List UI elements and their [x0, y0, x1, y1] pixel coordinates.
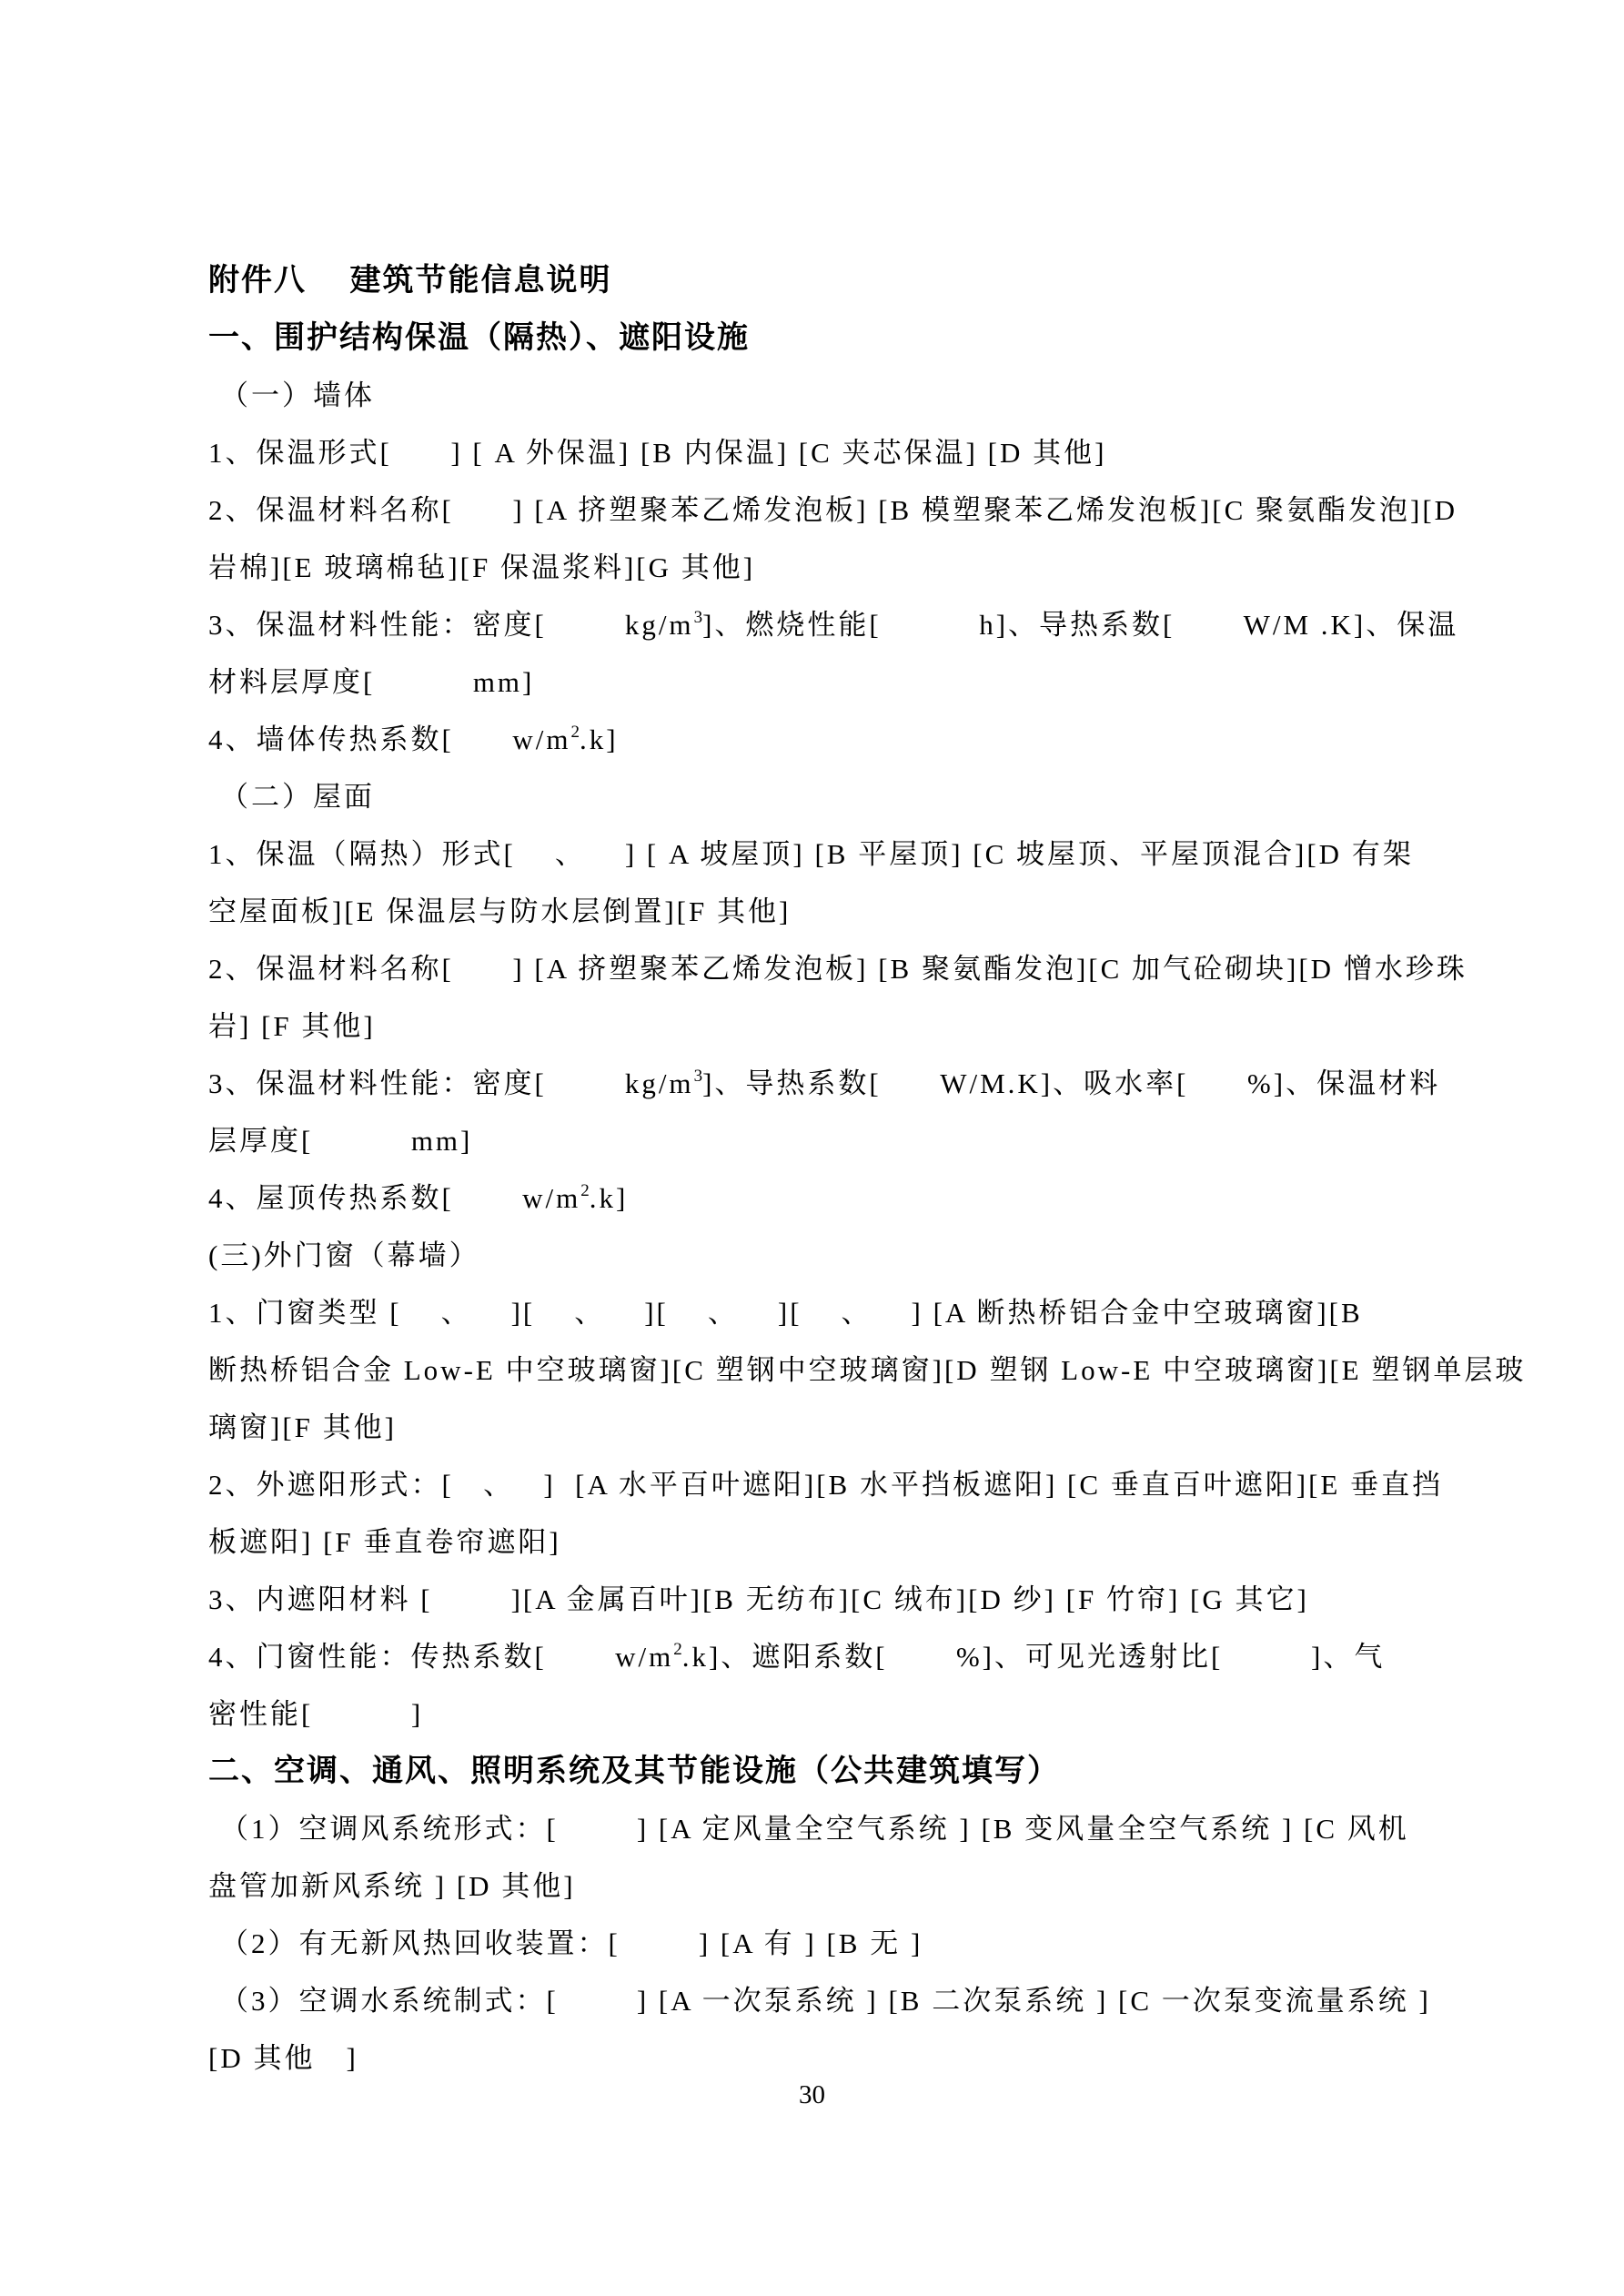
text-segment: （2）有无新风热回收装置：[ ] [A 有 ] [B 无 ] — [220, 1927, 923, 1959]
text-segment: 4、屋顶传热系数[ w/m — [208, 1182, 580, 1214]
text-segment: .k]、遮阳系数[ %]、可见光透射比[ ]、气 — [682, 1641, 1386, 1673]
doc-title: 附件八 建筑节能信息说明 — [208, 252, 1500, 309]
text-segment: 附件八 建筑节能信息说明 — [208, 263, 611, 298]
text-segment: 1、保温形式[ ] [ A 外保温] [B 内保温] [C 夹芯保温] [D 其… — [208, 437, 1106, 469]
doc-line: （3）空调水系统制式：[ ] [A 一次泵系统 ] [B 二次泵系统 ] [C … — [208, 1972, 1500, 2029]
superscript: 2 — [673, 1640, 682, 1659]
text-segment: 断热桥铝合金 Low-E 中空玻璃窗][C 塑钢中空玻璃窗][D 塑钢 Low-… — [208, 1354, 1526, 1386]
page-number: 30 — [0, 2077, 1624, 2113]
text-segment: 材料层厚度[ mm] — [208, 666, 534, 698]
superscript: 2 — [580, 1181, 590, 1200]
doc-line: 岩棉][E 玻璃棉毡][F 保温浆料][G 其他] — [208, 539, 1500, 596]
superscript: 3 — [694, 1067, 703, 1086]
text-segment: 4、门窗性能：传热系数[ w/m — [208, 1641, 673, 1673]
doc-line: 4、墙体传热系数[ w/m2.k] — [208, 711, 1500, 768]
text-segment: ]、燃烧性能[ h]、导热系数[ W/M .K]、保温 — [702, 609, 1458, 641]
text-segment: （1）空调风系统形式：[ ] [A 定风量全空气系统 ] [B 变风量全空气系统… — [220, 1813, 1409, 1845]
doc-content: 附件八 建筑节能信息说明一、围护结构保温（隔热）、遮阳设施（一）墙体1、保温形式… — [208, 252, 1500, 2087]
doc-line: 断热桥铝合金 Low-E 中空玻璃窗][C 塑钢中空玻璃窗][D 塑钢 Low-… — [208, 1341, 1500, 1399]
doc-line: （二）屋面 — [208, 768, 1500, 825]
text-segment: （一）墙体 — [220, 379, 375, 411]
text-segment: 空屋面板][E 保温层与防水层倒置][F 其他] — [208, 895, 791, 927]
doc-line: 璃窗][F 其他] — [208, 1399, 1500, 1456]
doc-line: 1、保温（隔热）形式[ 、 ] [ A 坡屋顶] [B 平屋顶] [C 坡屋顶、… — [208, 825, 1500, 883]
doc-line: 板遮阳] [F 垂直卷帘遮阳] — [208, 1513, 1500, 1571]
text-segment: .k] — [580, 723, 619, 755]
text-segment: （3）空调水系统制式：[ ] [A 一次泵系统 ] [B 二次泵系统 ] [C … — [220, 1985, 1431, 2017]
doc-line: 盘管加新风系统 ] [D 其他] — [208, 1857, 1500, 1915]
text-segment: 密性能[ ] — [208, 1698, 423, 1730]
superscript: 3 — [694, 608, 703, 627]
text-segment: 板遮阳] [F 垂直卷帘遮阳] — [208, 1526, 561, 1558]
text-segment: 2、保温材料名称[ ] [A 挤塑聚苯乙烯发泡板] [B 聚氨酯发泡][C 加气… — [208, 953, 1468, 985]
superscript: 2 — [570, 723, 580, 742]
doc-line: 3、保温材料性能：密度[ kg/m3]、导热系数[ W/M.K]、吸水率[ %]… — [208, 1055, 1500, 1112]
text-segment: .k] — [590, 1182, 629, 1214]
text-segment: 二、空调、通风、照明系统及其节能设施（公共建筑填写） — [208, 1754, 1060, 1788]
text-segment: 3、内遮阳材料 [ ][A 金属百叶][B 无纺布][C 绒布][D 纱] [F… — [208, 1583, 1309, 1615]
doc-line: 材料层厚度[ mm] — [208, 653, 1500, 711]
doc-line: （一）墙体 — [208, 367, 1500, 424]
doc-line: 2、保温材料名称[ ] [A 挤塑聚苯乙烯发泡板] [B 模塑聚苯乙烯发泡板][… — [208, 481, 1500, 539]
doc-line: 4、屋顶传热系数[ w/m2.k] — [208, 1169, 1500, 1227]
doc-line: 4、门窗性能：传热系数[ w/m2.k]、遮阳系数[ %]、可见光透射比[ ]、… — [208, 1628, 1500, 1685]
text-segment: (三)外门窗（幕墙） — [208, 1239, 480, 1271]
text-segment: 2、外遮阳形式：[ 、 ] [A 水平百叶遮阳][B 水平挡板遮阳] [C 垂直… — [208, 1469, 1443, 1501]
text-segment: 3、保温材料性能：密度[ kg/m — [208, 609, 694, 641]
text-segment: 岩棉][E 玻璃棉毡][F 保温浆料][G 其他] — [208, 551, 755, 583]
doc-line: 3、内遮阳材料 [ ][A 金属百叶][B 无纺布][C 绒布][D 纱] [F… — [208, 1571, 1500, 1628]
text-segment: [D 其他 ] — [208, 2042, 358, 2074]
text-segment: （二）屋面 — [220, 781, 375, 813]
section-heading: 一、围护结构保温（隔热）、遮阳设施 — [208, 309, 1500, 367]
text-segment: 盘管加新风系统 ] [D 其他] — [208, 1870, 576, 1902]
doc-line: 密性能[ ] — [208, 1685, 1500, 1743]
text-segment: 岩] [F 其他] — [208, 1010, 376, 1042]
text-segment: 一、围护结构保温（隔热）、遮阳设施 — [208, 320, 750, 355]
doc-line: 层厚度[ mm] — [208, 1112, 1500, 1169]
doc-line: （1）空调风系统形式：[ ] [A 定风量全空气系统 ] [B 变风量全空气系统… — [208, 1800, 1500, 1857]
section-heading: 二、空调、通风、照明系统及其节能设施（公共建筑填写） — [208, 1743, 1500, 1800]
doc-line: 2、保温材料名称[ ] [A 挤塑聚苯乙烯发泡板] [B 聚氨酯发泡][C 加气… — [208, 940, 1500, 997]
doc-line: 岩] [F 其他] — [208, 997, 1500, 1055]
doc-line: （2）有无新风热回收装置：[ ] [A 有 ] [B 无 ] — [208, 1915, 1500, 1972]
text-segment: 璃窗][F 其他] — [208, 1411, 397, 1443]
text-segment: 1、门窗类型 [ 、 ][ 、 ][ 、 ][ 、 ] [A 断热桥铝合金中空玻… — [208, 1297, 1363, 1329]
doc-line: 3、保温材料性能：密度[ kg/m3]、燃烧性能[ h]、导热系数[ W/M .… — [208, 596, 1500, 653]
text-segment: 1、保温（隔热）形式[ 、 ] [ A 坡屋顶] [B 平屋顶] [C 坡屋顶、… — [208, 838, 1414, 870]
text-segment: 2、保温材料名称[ ] [A 挤塑聚苯乙烯发泡板] [B 模塑聚苯乙烯发泡板][… — [208, 494, 1458, 526]
text-segment: 层厚度[ mm] — [208, 1125, 472, 1157]
doc-line: 空屋面板][E 保温层与防水层倒置][F 其他] — [208, 883, 1500, 940]
doc-line: 1、保温形式[ ] [ A 外保温] [B 内保温] [C 夹芯保温] [D 其… — [208, 424, 1500, 481]
doc-line: 1、门窗类型 [ 、 ][ 、 ][ 、 ][ 、 ] [A 断热桥铝合金中空玻… — [208, 1284, 1500, 1341]
text-segment: ]、导热系数[ W/M.K]、吸水率[ %]、保温材料 — [702, 1067, 1440, 1099]
text-segment: 4、墙体传热系数[ w/m — [208, 723, 570, 755]
doc-line: 2、外遮阳形式：[ 、 ] [A 水平百叶遮阳][B 水平挡板遮阳] [C 垂直… — [208, 1456, 1500, 1513]
document-page: 附件八 建筑节能信息说明一、围护结构保温（隔热）、遮阳设施（一）墙体1、保温形式… — [0, 0, 1624, 2296]
text-segment: 3、保温材料性能：密度[ kg/m — [208, 1067, 694, 1099]
doc-line: (三)外门窗（幕墙） — [208, 1227, 1500, 1284]
